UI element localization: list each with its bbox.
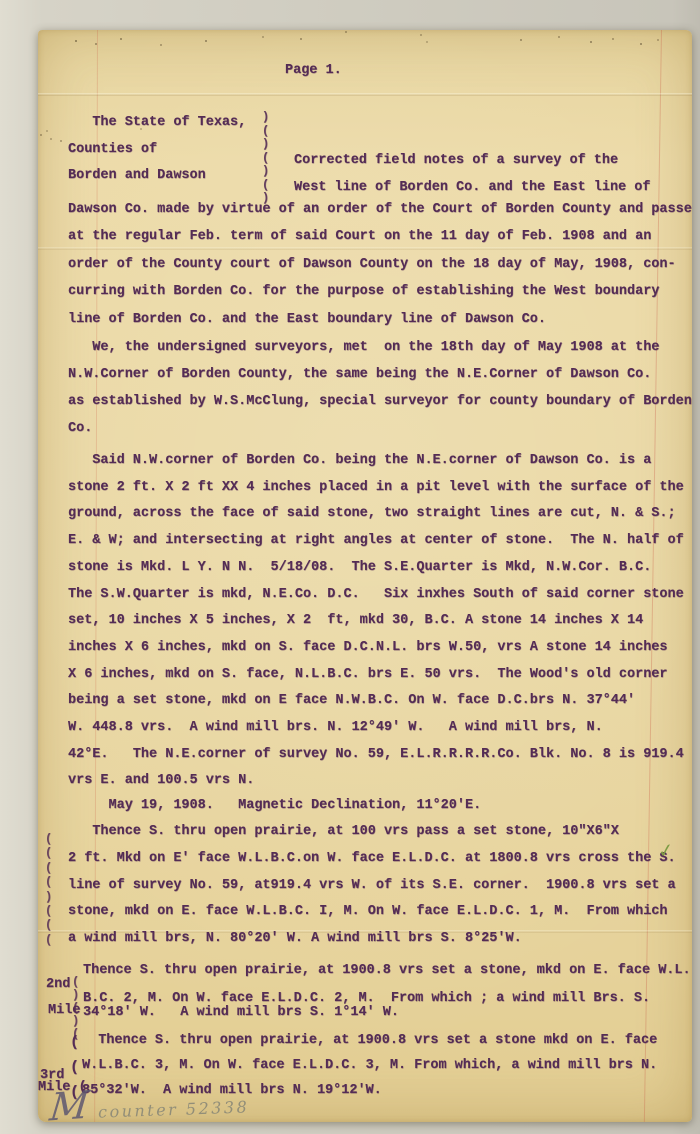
- text-line: a wind mill brs, N. 80°20' W. A wind mil…: [68, 926, 676, 953]
- handwritten-note: counter 52338: [98, 1097, 250, 1121]
- brace-glyph: ): [262, 165, 269, 179]
- text-line: inches X 6 inches, mkd on S. face D.C.N.…: [68, 635, 684, 662]
- brace-glyph: ): [45, 890, 52, 904]
- brace-glyph: (: [45, 933, 52, 947]
- brace-glyph: (: [45, 875, 52, 889]
- text-line: stone is Mkd. L Y. N N. 5/18/08. The S.E…: [68, 555, 684, 582]
- text-line: ground, across the face of said stone, t…: [68, 501, 684, 528]
- brace-glyph: ): [262, 111, 269, 125]
- brace-glyph: (: [45, 918, 52, 932]
- text-line: W.L.B.C. 3, M. On W. face E.L.D.C. 3, M.…: [82, 1053, 657, 1078]
- text-line: stone 2 ft. X 2 ft XX 4 inches placed in…: [68, 475, 684, 502]
- paragraph-second-mile: Thence S. thru open prairie, at 1900.8 v…: [83, 964, 691, 1019]
- text-line: We, the undersigned surveyors, met on th…: [68, 334, 692, 361]
- text-line: Thence S. thru open prairie, at 100 vrs …: [68, 819, 676, 846]
- paragraph-first-mile: Thence S. thru open prairie, at 100 vrs …: [68, 819, 676, 953]
- text-line: N.W.Corner of Borden County, the same be…: [68, 361, 692, 388]
- text-line: stone, mkd on E. face W.L.B.C. I, M. On …: [68, 899, 676, 926]
- paragraph-order-of-court: Dawson Co. made by virtue of an order of…: [68, 196, 692, 333]
- paragraph-corner-stone-description: Said N.W.corner of Borden Co. being the …: [68, 448, 684, 795]
- brace-glyph: (: [45, 861, 52, 875]
- text-line: Dawson Co. made by virtue of an order of…: [68, 196, 692, 223]
- paragraph-surveyors-met: We, the undersigned surveyors, met on th…: [68, 334, 692, 442]
- intro-paragraph: Corrected field notes of a survey of the…: [294, 147, 650, 201]
- text-line: X 6 inches, mkd on S. face, N.L.B.C. brs…: [68, 662, 684, 689]
- scanned-document-background: { "document": { "page_label": "Page 1.",…: [0, 0, 700, 1134]
- text-line: curring with Borden Co. for the purpose …: [68, 278, 692, 305]
- text-line: being a set stone, mkd on E face N.W.B.C…: [68, 688, 684, 715]
- text-line: order of the County court of Dawson Coun…: [68, 251, 692, 278]
- magnetic-declination-line: May 19, 1908. Magnetic Declination, 11°2…: [68, 792, 481, 819]
- text-line: B.C. 2, M. On W. face E.L.D.C. 2, M. Fro…: [83, 992, 691, 1006]
- text-line: Said N.W.corner of Borden Co. being the …: [68, 448, 684, 475]
- brace-glyph: (: [45, 846, 52, 860]
- address-block: The State of Texas,Counties ofBorden and…: [68, 110, 246, 190]
- brace-glyph: (: [262, 179, 269, 193]
- text-line: Corrected field notes of a survey of the: [294, 147, 650, 174]
- address-line: The State of Texas,: [68, 110, 246, 137]
- text-line: Thence S. thru open prairie, at 1900.8 v…: [82, 1028, 657, 1053]
- text-line: 42°E. The N.E.corner of survey No. 59, E…: [68, 742, 684, 769]
- text-line: E. & W; and intersecting at right angles…: [68, 528, 684, 555]
- dirt-speckles: [38, 30, 40, 32]
- brace-glyph: (: [70, 1055, 79, 1080]
- paper-crease: [38, 93, 692, 96]
- text-line: line of survey No. 59, at919.4 vrs W. of…: [68, 873, 676, 900]
- brace-glyph: (: [45, 832, 52, 846]
- paragraph-third-mile: Thence S. thru open prairie, at 1900.8 v…: [82, 1028, 657, 1103]
- first-mile-brace-column: (((()(((: [45, 832, 52, 947]
- text-line: Thence S. thru open prairie, at 1900.8 v…: [83, 964, 691, 978]
- text-line: Co.: [68, 415, 692, 442]
- text-line: set, 10 inches X 5 inches, X 2 ft, mkd 3…: [68, 608, 684, 635]
- margin-label-2nd: 2nd: [46, 977, 70, 992]
- document-page: Page 1. The State of Texas,Counties ofBo…: [38, 30, 692, 1122]
- handwritten-checkmark: ✓: [657, 839, 676, 863]
- text-line: at the regular Feb. term of said Court o…: [68, 223, 692, 250]
- text-line: The S.W.Quarter is mkd, N.E.Co. D.C. Six…: [68, 582, 684, 609]
- text-line: as established by W.S.McClung, special s…: [68, 388, 692, 415]
- text-line: 2 ft. Mkd on E' face W.L.B.C.on W. face …: [68, 846, 676, 873]
- address-line: Borden and Dawson: [68, 163, 246, 190]
- text-line: W. 448.8 vrs. A wind mill brs. N. 12°49'…: [68, 715, 684, 742]
- text-line: line of Borden Co. and the East boundary…: [68, 306, 692, 333]
- brace-glyph: (: [262, 125, 269, 139]
- brace-glyph: ): [262, 138, 269, 152]
- address-line: Counties of: [68, 137, 246, 164]
- page-number: Page 1.: [285, 57, 342, 84]
- brace-glyph: (: [45, 904, 52, 918]
- header-brace-column: )()()(): [262, 111, 269, 206]
- text-line: 34°18' W. A wind mill brs S. 1°14' W.: [83, 1006, 691, 1020]
- handwritten-initial: M: [48, 1082, 91, 1122]
- brace-glyph: (: [70, 1030, 79, 1055]
- brace-glyph: (: [262, 152, 269, 166]
